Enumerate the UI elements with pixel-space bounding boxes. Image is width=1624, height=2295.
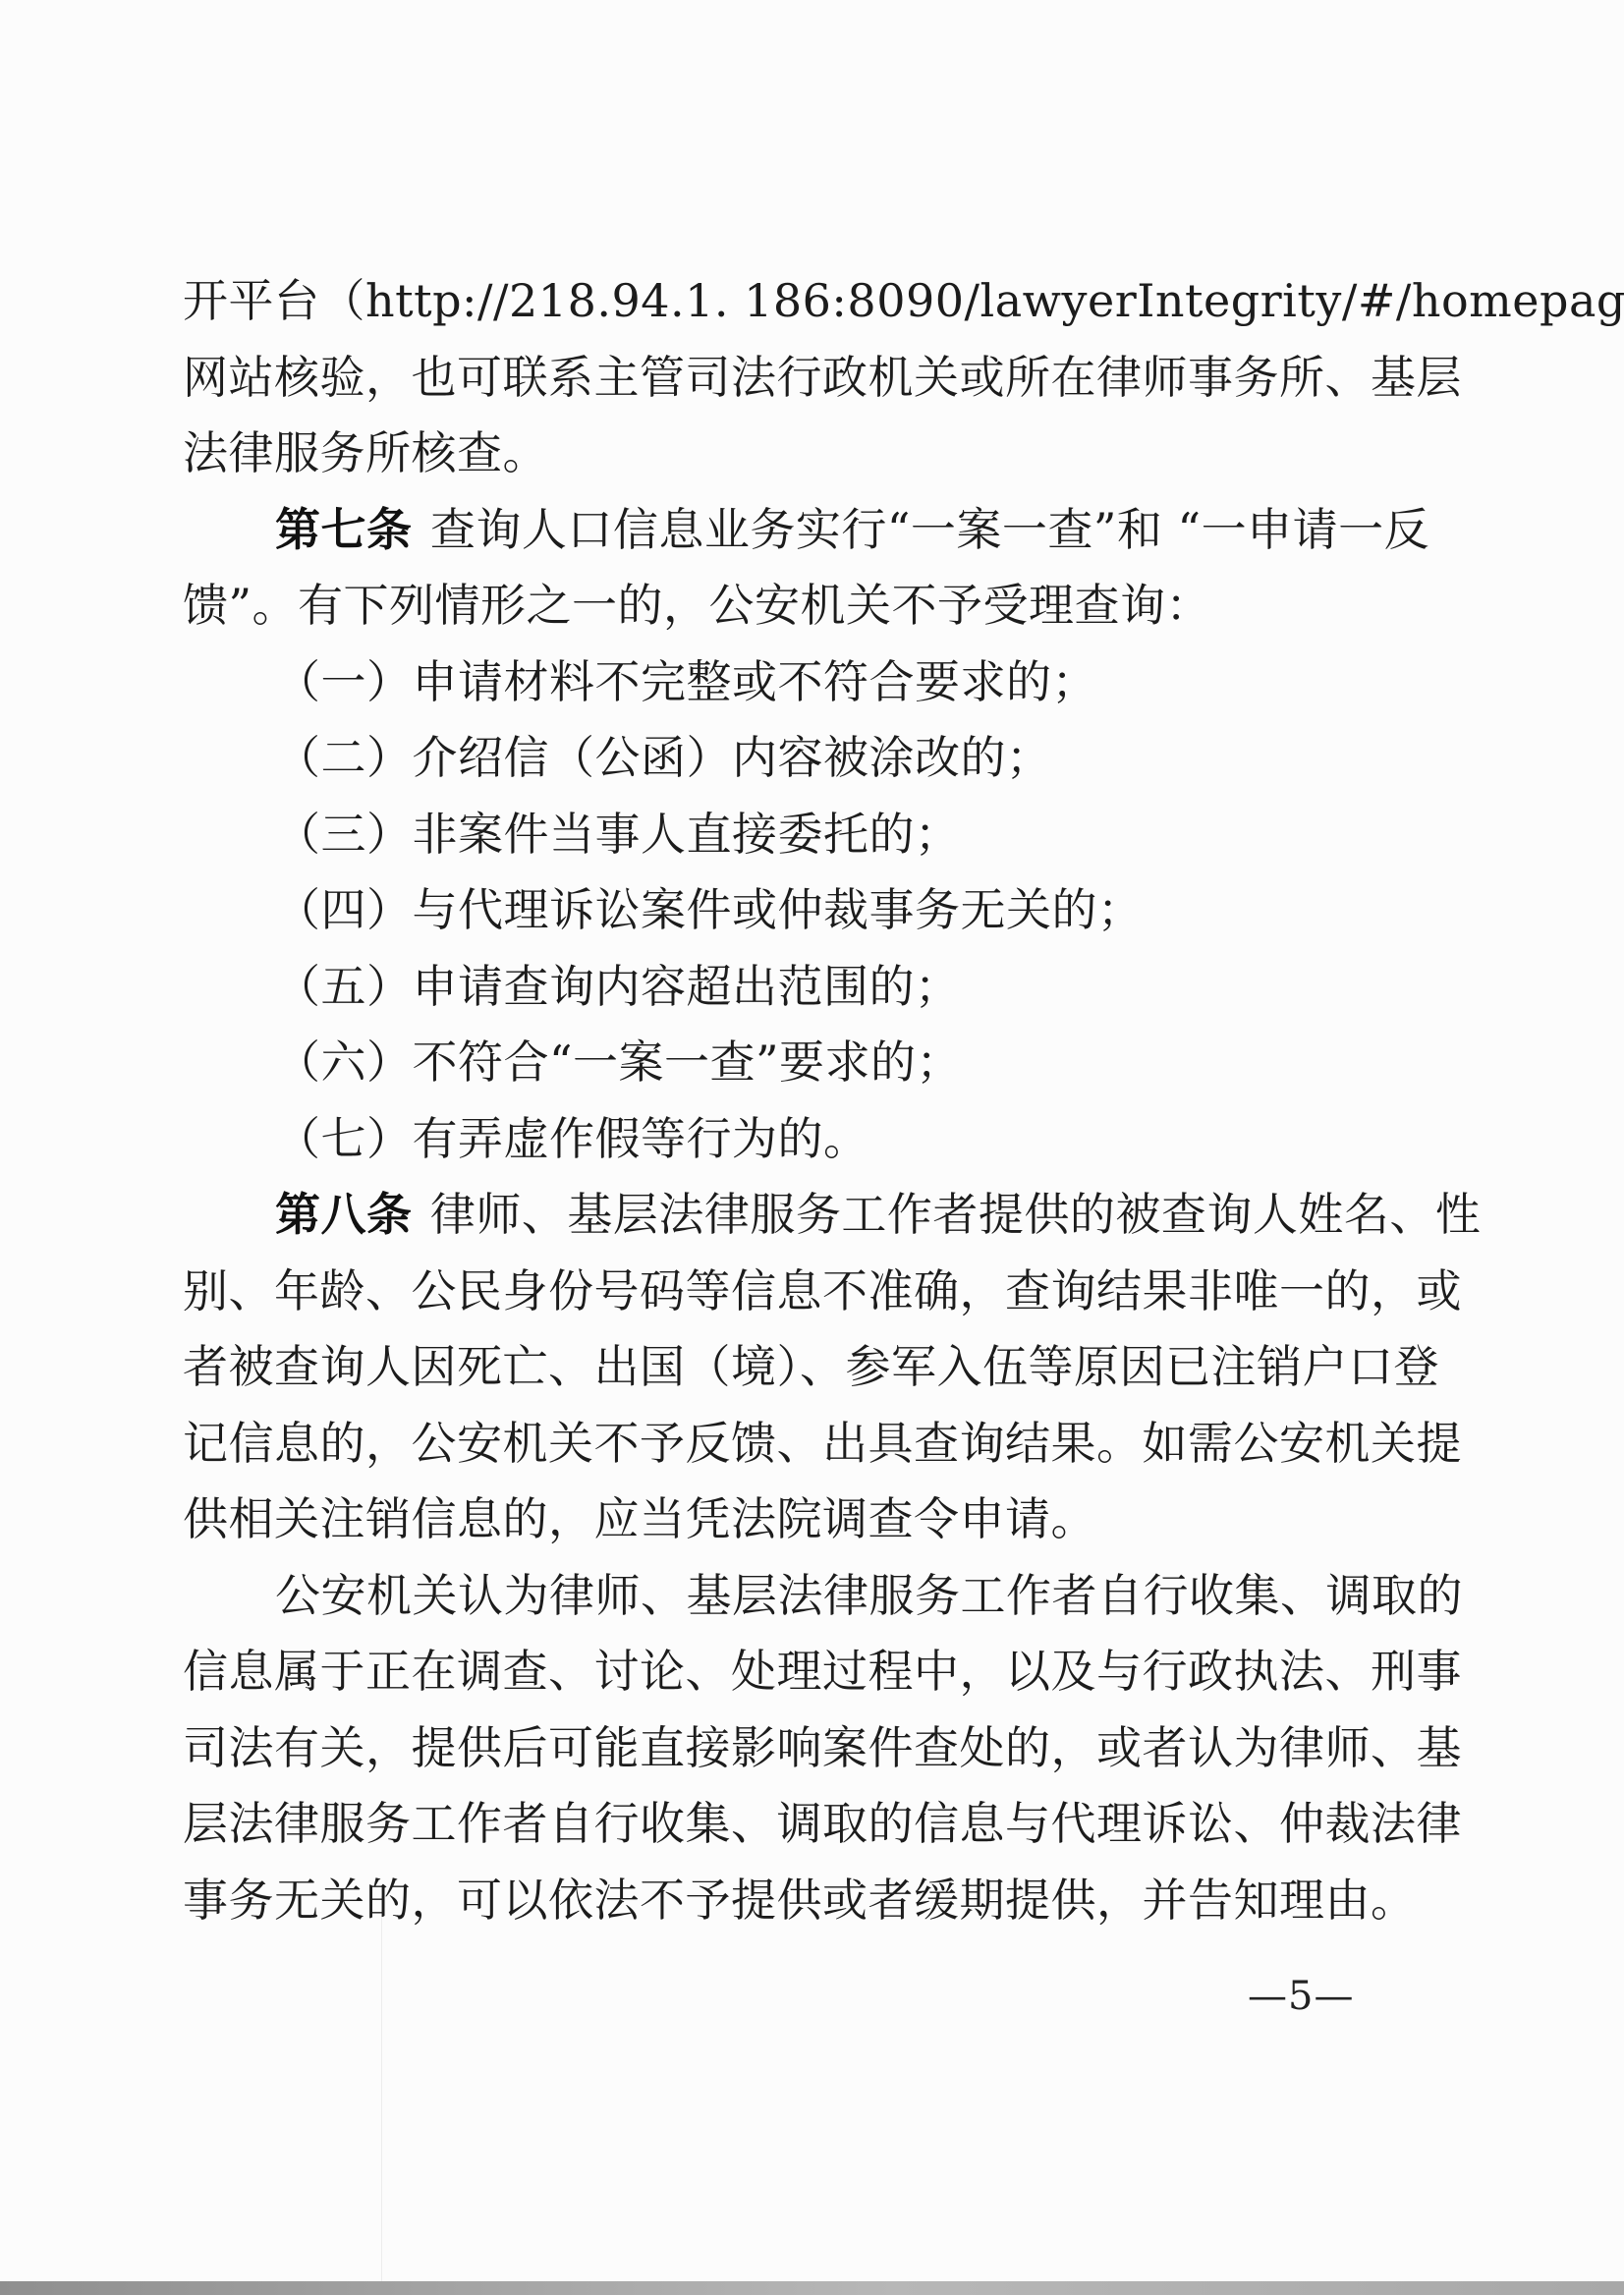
page-number: —5— [1248,1973,1354,2020]
text-line: 网站核验，也可联系主管司法行政机关或所在律师事务所、基层 [183,340,1440,417]
text-line: 者被查询人因死亡、出国（境）、参军入伍等原因已注销户口登 [183,1329,1440,1406]
text-line: 层法律服务工作者自行收集、调取的信息与代理诉讼、仲裁法律 [183,1786,1440,1863]
text-line: 法律服务所核查。 [183,416,1440,492]
article-7-text: 查询人口信息业务实行“一案一查”和 “一申请一反 [430,503,1429,556]
text-line: 供相关注销信息的，应当凭法院调查令申请。 [183,1482,1440,1558]
list-item-1: （一）申请材料不完整或不符合要求的； [183,644,1440,721]
list-item-5: （五）申请查询内容超出范围的； [183,949,1440,1026]
list-item-4: （四）与代理诉讼案件或仲裁事务无关的； [183,872,1440,949]
text-line: 司法有关，提供后可能直接影响案件查处的，或者认为律师、基 [183,1710,1440,1787]
list-item-7: （七）有弄虚作假等行为的。 [183,1101,1440,1178]
article-8-text: 律师、基层法律服务工作者提供的被查询人姓名、性 [430,1188,1482,1241]
scan-fold-artifact [381,1896,382,2281]
text-line: 开平台（http://218.94.1. 186:8090/lawyerInte… [183,263,1440,340]
url-text: 开平台（http://218.94.1. 186:8090/lawyerInte… [183,274,1624,327]
text-line: 事务无关的，可以依法不予提供或者缓期提供，并告知理由。 [183,1863,1440,1939]
text-line: 别、年龄、公民身份号码等信息不准确，查询结果非唯一的，或 [183,1254,1440,1330]
article-8-label: 第八条 [275,1188,413,1241]
paragraph-start-line: 公安机关认为律师、基层法律服务工作者自行收集、调取的 [183,1558,1440,1635]
text-line: 馈”。有下列情形之一的，公安机关不予受理查询： [183,568,1440,644]
article-8-heading-line: 第八条律师、基层法律服务工作者提供的被查询人姓名、性 [183,1177,1440,1254]
text-line: 记信息的，公安机关不予反馈、出具查询结果。如需公安机关提 [183,1406,1440,1483]
text-line: 信息属于正在调查、讨论、处理过程中，以及与行政执法、刑事 [183,1634,1440,1710]
document-body: 开平台（http://218.94.1. 186:8090/lawyerInte… [183,263,1440,1938]
article-7-heading-line: 第七条查询人口信息业务实行“一案一查”和 “一申请一反 [183,492,1440,569]
list-item-2: （二）介绍信（公函）内容被涂改的； [183,720,1440,797]
document-page: 开平台（http://218.94.1. 186:8090/lawyerInte… [0,0,1624,2295]
article-7-label: 第七条 [275,503,413,556]
scan-bottom-edge [0,2281,1624,2295]
list-item-6: （六）不符合“一案一查”要求的； [183,1025,1440,1101]
list-item-3: （三）非案件当事人直接委托的； [183,797,1440,873]
